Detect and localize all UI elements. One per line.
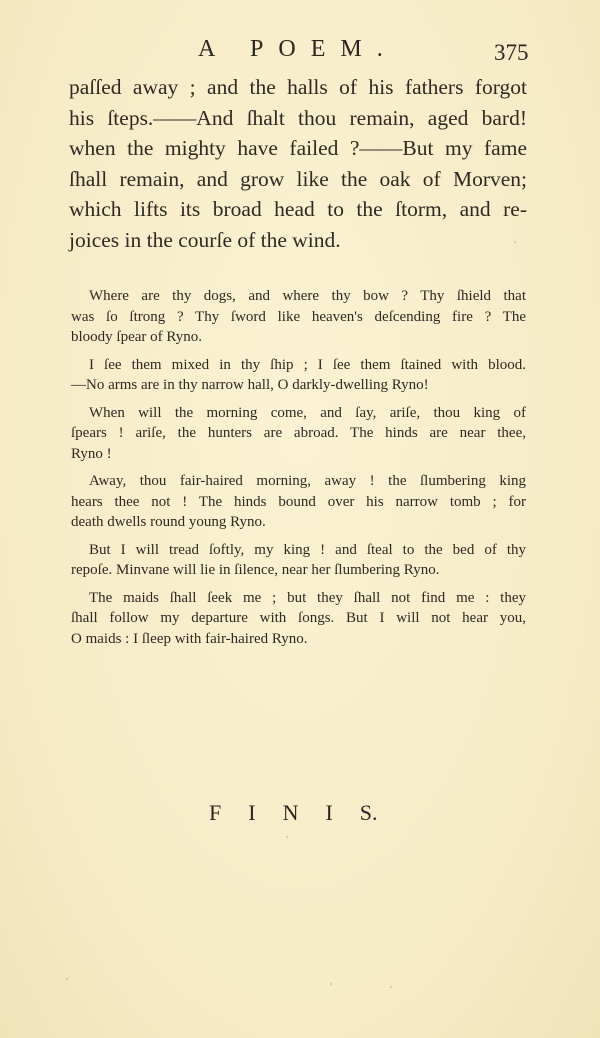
text-line: ſhall follow my departure with ſongs. Bu…	[71, 608, 526, 629]
paper-speck	[66, 978, 68, 980]
text-line: hears thee not ! The hinds bound over hi…	[71, 492, 526, 513]
text-line: was ſo ſtrong ? Thy ſword like heaven's …	[71, 307, 526, 328]
finis-letter: S.	[360, 800, 378, 826]
text-line: The maids ſhall ſeek me ; but they ſhall…	[89, 588, 526, 609]
text-line: —No arms are in thy narrow hall, O darkl…	[71, 375, 526, 396]
paragraph: The maids ſhall ſeek me ; but they ſhall…	[89, 588, 526, 650]
text-line: ſpears ! ariſe, the hunters are abroad. …	[71, 423, 526, 444]
text-line: Where are thy dogs, and where thy bow ? …	[89, 286, 526, 307]
paragraph: Away, thou fair-haired morning, away ! t…	[89, 471, 526, 533]
text-line: when the mighty have failed ?——But my fa…	[69, 133, 527, 164]
book-page: A POEM. 375 paſſed away ; and the halls …	[0, 0, 600, 1038]
text-line: repoſe. Minvane will lie in ſilence, nea…	[71, 560, 526, 581]
text-line: bloody ſpear of Ryno.	[71, 327, 526, 348]
paragraph: Where are thy dogs, and where thy bow ? …	[89, 286, 526, 348]
page-number: 375	[494, 40, 529, 66]
paper-speck	[514, 241, 516, 243]
text-line: I ſee them mixed in thy ſhip ; I ſee the…	[89, 355, 526, 376]
prose-passage: Where are thy dogs, and where thy bow ? …	[89, 286, 526, 656]
text-line: paſſed away ; and the halls of his fathe…	[69, 72, 527, 103]
text-line: But I will tread ſoftly, my king ! and ſ…	[89, 540, 526, 561]
text-line: Away, thou fair-haired morning, away ! t…	[89, 471, 526, 492]
running-head: A POEM. 375	[0, 36, 600, 66]
paragraph: When will the morning come, and ſay, ari…	[89, 403, 526, 465]
paper-speck	[330, 983, 332, 985]
text-line: joices in the courſe of the wind.	[69, 225, 527, 256]
paper-speck	[286, 836, 288, 838]
text-line: which lifts its broad head to the ſtorm,…	[69, 194, 527, 225]
finis-letter: I	[325, 800, 332, 826]
text-line: his ſteps.——And ſhalt thou remain, aged …	[69, 103, 527, 134]
paragraph: I ſee them mixed in thy ſhip ; I ſee the…	[89, 355, 526, 396]
finis-letter: I	[248, 800, 255, 826]
text-line: When will the morning come, and ſay, ari…	[89, 403, 526, 424]
text-line: ſhall remain, and grow like the oak of M…	[69, 164, 527, 195]
poem-verse-text: paſſed away ; and the halls of his fathe…	[69, 72, 527, 255]
text-line: Ryno !	[71, 444, 526, 465]
finis-colophon: FINIS.	[209, 800, 405, 826]
text-line: death dwells round young Ryno.	[71, 512, 526, 533]
finis-letter: N	[283, 800, 299, 826]
finis-letter: F	[209, 800, 221, 826]
text-line: O maids : I ſleep with fair-haired Ryno.	[71, 629, 526, 650]
running-head-title: A POEM.	[198, 36, 398, 63]
paper-speck	[390, 986, 392, 988]
paragraph: But I will tread ſoftly, my king ! and ſ…	[89, 540, 526, 581]
